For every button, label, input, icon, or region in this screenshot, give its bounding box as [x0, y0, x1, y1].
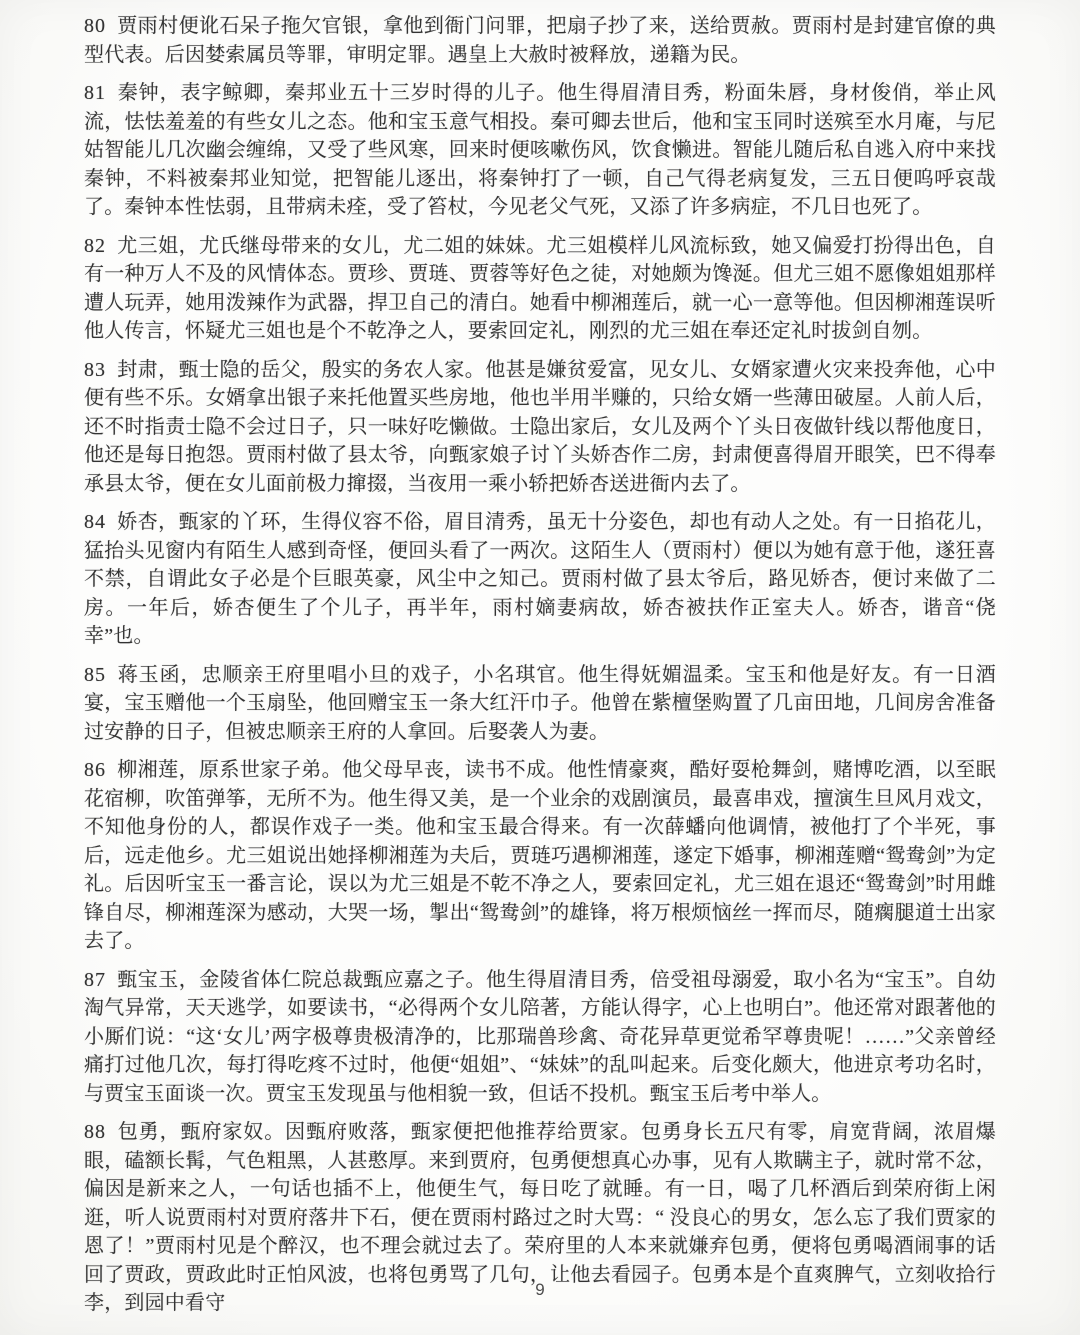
entry-text: 封肃，甄士隐的岳父，殷实的务农人家。他甚是嫌贫爱富，见女儿、女婿家遭火灾来投奔他… — [84, 359, 996, 495]
entry-number: 85 — [84, 664, 106, 686]
entry-81: 81秦钟，表字鲸卿，秦邦业五十三岁时得的儿子。他生得眉清目秀，粉面朱唇，身材俊俏… — [84, 79, 996, 222]
entry-86: 86柳湘莲，原系世家子弟。他父母早丧，读书不成。他性情豪爽，酷好耍枪舞剑，赌博吃… — [84, 756, 996, 956]
entry-85: 85蒋玉函，忠顺亲王府里唱小旦的戏子，小名琪官。他生得妩媚温柔。宝玉和他是好友。… — [84, 661, 996, 747]
entry-number: 86 — [84, 759, 106, 781]
entry-text: 蒋玉函，忠顺亲王府里唱小旦的戏子，小名琪官。他生得妩媚温柔。宝玉和他是好友。有一… — [84, 664, 996, 743]
document-body: 80贾雨村便讹石呆子拖欠官银，拿他到衙门问罪，把扇子抄了来，送给贾赦。贾雨村是封… — [84, 12, 996, 1328]
entry-text: 柳湘莲，原系世家子弟。他父母早丧，读书不成。他性情豪爽，酷好耍枪舞剑，赌博吃酒，… — [84, 759, 996, 952]
entry-text: 贾雨村便讹石呆子拖欠官银，拿他到衙门问罪，把扇子抄了来，送给贾赦。贾雨村是封建官… — [84, 15, 996, 66]
entry-number: 82 — [84, 235, 106, 257]
page-number: 9 — [535, 1280, 544, 1299]
entry-number: 83 — [84, 359, 106, 381]
entry-text: 娇杏，甄家的丫环，生得仪容不俗，眉目清秀，虽无十分姿色，却也有动人之处。有一日掐… — [84, 511, 996, 647]
scanned-document-page: 80贾雨村便讹石呆子拖欠官银，拿他到衙门问罪，把扇子抄了来，送给贾赦。贾雨村是封… — [0, 0, 1080, 1335]
entry-82: 82尤三姐，尤氏继母带来的女儿，尤二姐的妹妹。尤三姐模样儿风流标致，她又偏爱打扮… — [84, 232, 996, 346]
entry-80: 80贾雨村便讹石呆子拖欠官银，拿他到衙门问罪，把扇子抄了来，送给贾赦。贾雨村是封… — [84, 12, 996, 69]
entry-text: 甄宝玉，金陵省体仁院总裁甄应嘉之子。他生得眉清目秀，倍受祖母溺爱，取小名为“宝玉… — [84, 969, 996, 1105]
entry-text: 尤三姐，尤氏继母带来的女儿，尤二姐的妹妹。尤三姐模样儿风流标致，她又偏爱打扮得出… — [84, 235, 996, 343]
entry-number: 84 — [84, 511, 106, 533]
entry-83: 83封肃，甄士隐的岳父，殷实的务农人家。他甚是嫌贫爱富，见女儿、女婿家遭火灾来投… — [84, 356, 996, 499]
entry-text: 秦钟，表字鲸卿，秦邦业五十三岁时得的儿子。他生得眉清目秀，粉面朱唇，身材俊俏，举… — [84, 82, 996, 218]
entry-number: 80 — [84, 15, 106, 37]
entry-number: 81 — [84, 82, 106, 104]
entry-number: 87 — [84, 969, 106, 991]
page-footer: 9 — [0, 1280, 1080, 1300]
entry-87: 87甄宝玉，金陵省体仁院总裁甄应嘉之子。他生得眉清目秀，倍受祖母溺爱，取小名为“… — [84, 966, 996, 1109]
entry-84: 84娇杏，甄家的丫环，生得仪容不俗，眉目清秀，虽无十分姿色，却也有动人之处。有一… — [84, 508, 996, 651]
entry-number: 88 — [84, 1121, 106, 1143]
